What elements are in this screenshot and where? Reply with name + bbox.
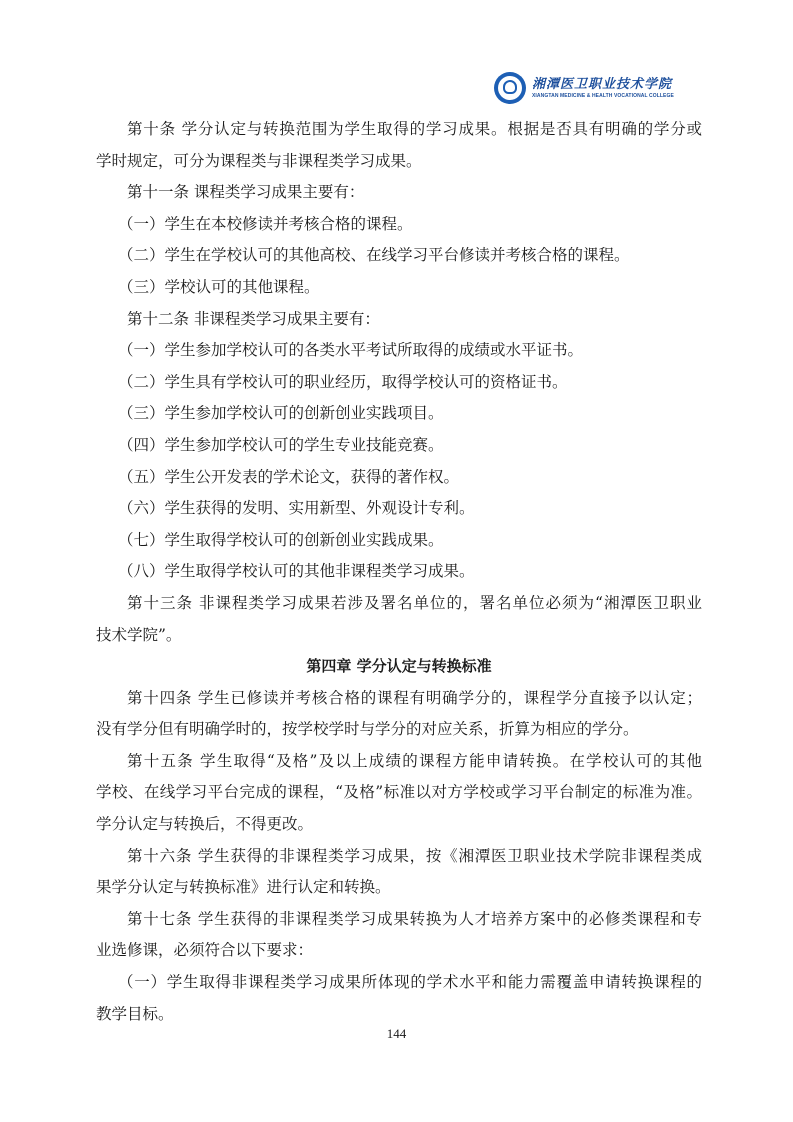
text-line: （八）学生取得学校认可的其他非课程类学习成果。 <box>96 556 702 588</box>
text-line: 第十四条 学生已修读并考核合格的课程有明确学分的，课程学分直接予以认定； <box>96 683 702 715</box>
page-number: 144 <box>0 1026 793 1042</box>
college-logo-header: 湘潭医卫职业技术学院 XIANGTAN MEDICINE & HEALTH VO… <box>494 68 714 108</box>
text-line: 第十三条 非课程类学习成果若涉及署名单位的，署名单位必须为“湘潭医卫职业 <box>96 588 702 620</box>
text-line: （一）学生参加学校认可的各类水平考试所取得的成绩或水平证书。 <box>96 335 702 367</box>
text-line: （六）学生获得的发明、实用新型、外观设计专利。 <box>96 493 702 525</box>
college-name-en: XIANGTAN MEDICINE & HEALTH VOCATIONAL CO… <box>532 93 674 100</box>
chapter-heading: 第四章 学分认定与转换标准 <box>96 651 702 683</box>
text-line: （三）学生参加学校认可的创新创业实践项目。 <box>96 398 702 430</box>
text-line: 第十条 学分认定与转换范围为学生取得的学习成果。根据是否具有明确的学分或 <box>96 114 702 146</box>
college-name-cn: 湘潭医卫职业技术学院 <box>532 77 674 93</box>
text-line: 第十六条 学生获得的非课程类学习成果，按《湘潭医卫职业技术学院非课程类成 <box>96 841 702 873</box>
text-line: （一）学生在本校修读并考核合格的课程。 <box>96 209 702 241</box>
text-line: 学校、在线学习平台完成的课程，“及格”标准以对方学校或学习平台制定的标准为准。 <box>96 777 702 809</box>
text-line: 第十二条 非课程类学习成果主要有： <box>96 304 702 336</box>
text-line: （三）学校认可的其他课程。 <box>96 272 702 304</box>
document-page: 湘潭医卫职业技术学院 XIANGTAN MEDICINE & HEALTH VO… <box>0 0 793 1122</box>
text-line: 第十七条 学生获得的非课程类学习成果转换为人才培养方案中的必修类课程和专 <box>96 904 702 936</box>
college-emblem-icon <box>494 72 526 104</box>
text-line: （一）学生取得非课程类学习成果所体现的学术水平和能力需覆盖申请转换课程的 <box>96 967 702 999</box>
text-line: （二）学生具有学校认可的职业经历，取得学校认可的资格证书。 <box>96 367 702 399</box>
text-line: 第十五条 学生取得“及格”及以上成绩的课程方能申请转换。在学校认可的其他 <box>96 746 702 778</box>
text-line: 果学分认定与转换标准》进行认定和转换。 <box>96 872 702 904</box>
document-body: 第十条 学分认定与转换范围为学生取得的学习成果。根据是否具有明确的学分或学时规定… <box>96 114 702 1030</box>
text-line: （二）学生在学校认可的其他高校、在线学习平台修读并考核合格的课程。 <box>96 240 702 272</box>
text-line: 业选修课，必须符合以下要求： <box>96 935 702 967</box>
text-line: 技术学院”。 <box>96 620 702 652</box>
text-line: 学分认定与转换后，不得更改。 <box>96 809 702 841</box>
text-line: 学时规定，可分为课程类与非课程类学习成果。 <box>96 146 702 178</box>
text-line: （七）学生取得学校认可的创新创业实践成果。 <box>96 525 702 557</box>
text-line: （四）学生参加学校认可的学生专业技能竞赛。 <box>96 430 702 462</box>
text-line: 没有学分但有明确学时的，按学校学时与学分的对应关系，折算为相应的学分。 <box>96 714 702 746</box>
college-name: 湘潭医卫职业技术学院 XIANGTAN MEDICINE & HEALTH VO… <box>532 77 674 100</box>
text-line: 第十一条 课程类学习成果主要有： <box>96 177 702 209</box>
text-line: （五）学生公开发表的学术论文，获得的著作权。 <box>96 462 702 494</box>
